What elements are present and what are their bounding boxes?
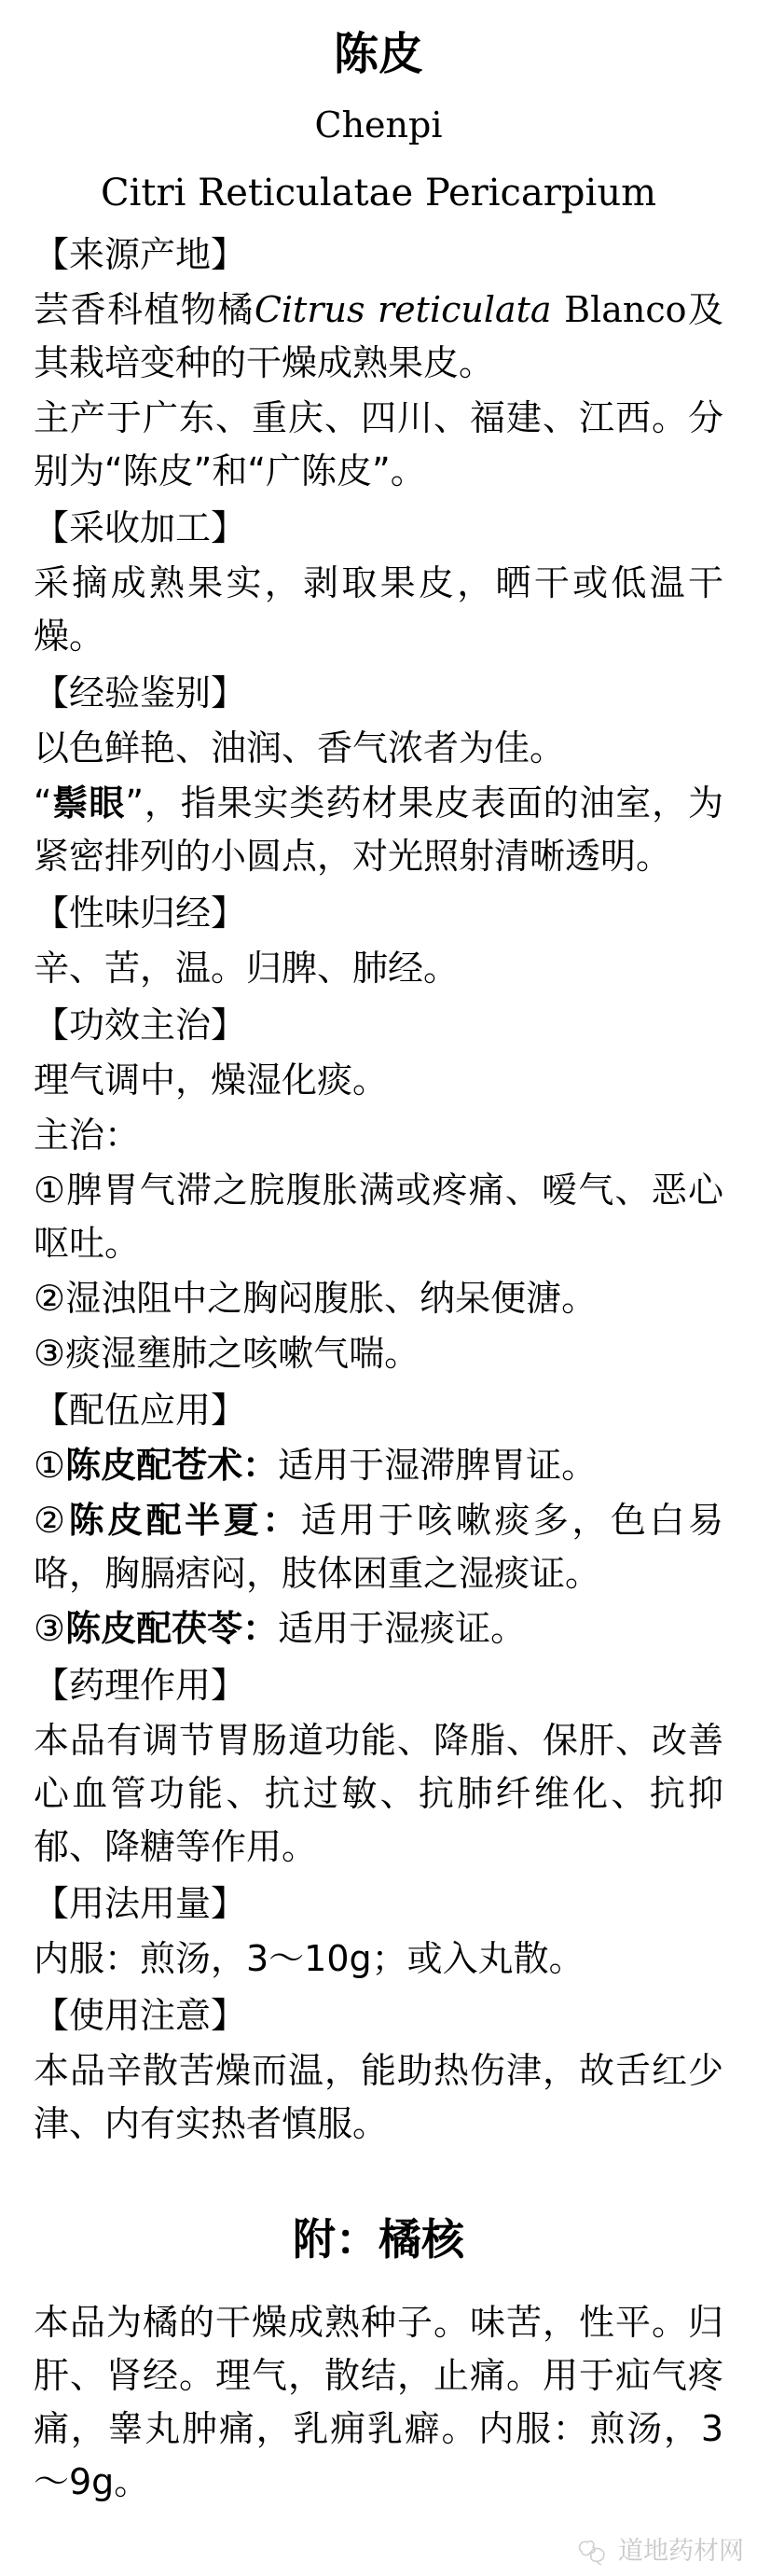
compatibility-item-3: ③陈皮配茯苓：适用于湿痰证。	[34, 1602, 723, 1655]
appendix-heading: 附：橘核	[34, 2212, 723, 2268]
latin-name-italic: Citrus reticulata	[255, 289, 552, 330]
paragraph-source-2: 主产于广东、重庆、四川、福建、江西。分别为“陈皮”和“广陈皮”。	[34, 392, 723, 498]
latin-name-author: Blanco	[552, 289, 687, 330]
section-caution: 【使用注意】 本品辛散苦燥而温，能助热伤津，故舌红少津、内有实热者慎服。	[34, 1989, 723, 2151]
text-run: ”，指果实类药材果皮表面的油室，为紧密排列的小圆点，对光照射清晰透明。	[34, 782, 723, 877]
item-number: ②	[34, 1500, 69, 1541]
paragraph-effects-2: 主治：	[34, 1109, 723, 1162]
pair-description: 适用于湿滞脾胃证。	[278, 1445, 597, 1486]
pair-name: 陈皮配半夏：	[69, 1500, 301, 1541]
section-heading-harvest: 【采收加工】	[34, 502, 723, 555]
section-heading-pharmacology: 【药理作用】	[34, 1659, 723, 1712]
compatibility-item-1: ①陈皮配苍术：适用于湿滞脾胃证。	[34, 1439, 723, 1492]
pair-description: 适用于湿痰证。	[278, 1608, 526, 1649]
compatibility-item-2: ②陈皮配半夏：适用于咳嗽痰多，色白易咯，胸膈痞闷，肢体困重之湿痰证。	[34, 1494, 723, 1600]
section-heading-caution: 【使用注意】	[34, 1989, 723, 2043]
paragraph-nature-1: 辛、苦，温。归脾、肺经。	[34, 942, 723, 995]
section-source: 【来源产地】 芸香科植物橘Citrus reticulata Blanco及其栽…	[34, 229, 723, 498]
indication-item-2: ②湿浊阻中之胸闷腹胀、纳呆便溏。	[34, 1272, 723, 1325]
section-pharmacology: 【药理作用】 本品有调节胃肠道功能、降脂、保肝、改善心血管功能、抗过敏、抗肺纤维…	[34, 1659, 723, 1874]
pair-name: 陈皮配苍术：	[65, 1445, 278, 1486]
item-number: ①	[34, 1445, 65, 1486]
title-pinyin: Chenpi	[34, 104, 723, 147]
section-heading-effects: 【功效主治】	[34, 999, 723, 1052]
watermark: 道地药材网	[574, 2537, 744, 2567]
title-chinese: 陈皮	[34, 28, 723, 82]
section-heading-nature: 【性味归经】	[34, 887, 723, 940]
section-heading-compatibility: 【配伍应用】	[34, 1384, 723, 1437]
item-number: ③	[34, 1608, 65, 1649]
section-identification: 【经验鉴别】 以色鲜艳、油润、香气浓者为佳。 “鬃眼”，指果实类药材果皮表面的油…	[34, 667, 723, 883]
quote-mark: “	[34, 782, 52, 824]
paragraph-source-1: 芸香科植物橘Citrus reticulata Blanco及其栽培变种的干燥成…	[34, 284, 723, 390]
section-heading-identification: 【经验鉴别】	[34, 667, 723, 720]
section-heading-source: 【来源产地】	[34, 229, 723, 282]
text-run: 芸香科植物橘	[34, 289, 255, 330]
indication-item-1: ①脾胃气滞之脘腹胀满或疼痛、嗳气、恶心呕吐。	[34, 1164, 723, 1270]
paragraph-identification-1: 以色鲜艳、油润、香气浓者为佳。	[34, 722, 723, 775]
title-latin: Citri Reticulatae Pericarpium	[34, 171, 723, 215]
daodi-herb-logo-icon	[574, 2537, 612, 2567]
paragraph-identification-2: “鬃眼”，指果实类药材果皮表面的油室，为紧密排列的小圆点，对光照射清晰透明。	[34, 777, 723, 883]
section-compatibility: 【配伍应用】 ①陈皮配苍术：适用于湿滞脾胃证。 ②陈皮配半夏：适用于咳嗽痰多，色…	[34, 1384, 723, 1655]
document-page: 陈皮 Chenpi Citri Reticulatae Pericarpium …	[0, 0, 757, 2576]
section-dosage: 【用法用量】 内服：煎汤，3～10g；或入丸散。	[34, 1877, 723, 1986]
section-appendix-juhe: 附：橘核 本品为橘的干燥成熟种子。味苦，性平。归肝、肾经。理气，散结，止痛。用于…	[34, 2212, 723, 2509]
paragraph-harvest-1: 采摘成熟果实，剥取果皮，晒干或低温干燥。	[34, 557, 723, 663]
paragraph-dosage-1: 内服：煎汤，3～10g；或入丸散。	[34, 1932, 723, 1986]
term-zongyan: 鬃眼	[52, 782, 126, 824]
watermark-text: 道地药材网	[618, 2539, 744, 2564]
paragraph-appendix-1: 本品为橘的干燥成熟种子。味苦，性平。归肝、肾经。理气，散结，止痛。用于疝气疼痛，…	[34, 2296, 723, 2509]
section-nature-flavor: 【性味归经】 辛、苦，温。归脾、肺经。	[34, 887, 723, 995]
paragraph-caution-1: 本品辛散苦燥而温，能助热伤津，故舌红少津、内有实热者慎服。	[34, 2044, 723, 2151]
indication-item-3: ③痰湿壅肺之咳嗽气喘。	[34, 1327, 723, 1380]
section-heading-dosage: 【用法用量】	[34, 1877, 723, 1931]
pair-name: 陈皮配茯苓：	[65, 1608, 278, 1649]
section-harvest: 【采收加工】 采摘成熟果实，剥取果皮，晒干或低温干燥。	[34, 502, 723, 663]
section-effects: 【功效主治】 理气调中，燥湿化痰。 主治： ①脾胃气滞之脘腹胀满或疼痛、嗳气、恶…	[34, 999, 723, 1380]
paragraph-pharmacology-1: 本品有调节胃肠道功能、降脂、保肝、改善心血管功能、抗过敏、抗肺纤维化、抗抑郁、降…	[34, 1714, 723, 1874]
paragraph-effects-1: 理气调中，燥湿化痰。	[34, 1054, 723, 1107]
